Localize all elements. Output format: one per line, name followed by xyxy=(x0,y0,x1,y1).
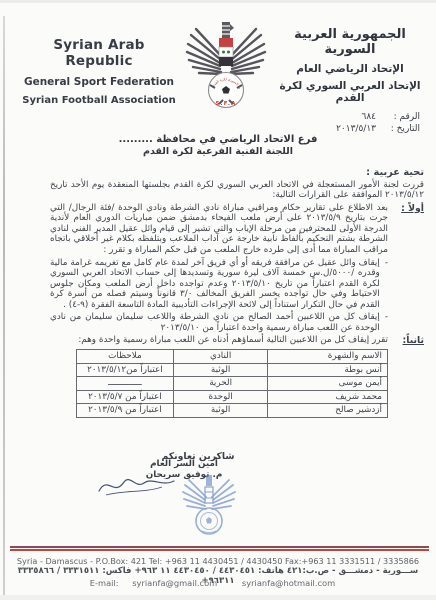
country-name-en: Syrian Arab Republic xyxy=(18,37,180,69)
scanned-letter-page: Syrian Arab Republic General Sport Feder… xyxy=(0,0,436,600)
greeting: تحية عربية : xyxy=(50,167,424,179)
player-note: اعتباراً من ٢٠١٣/٥/٩ xyxy=(77,404,174,418)
section-second: ثانياً: تقرر إيقاف كل من اللاعبين التالي… xyxy=(50,335,424,417)
suspended-players-table: الاسم والشهرة النادي ملاحظات أنس بوطة ال… xyxy=(76,349,388,418)
footer-rule-bottom xyxy=(10,549,429,551)
federation-blue-stamp-icon xyxy=(180,473,238,543)
intro-paragraph: قررت لجنة الأمور المستعجلة في الاتحاد ال… xyxy=(50,180,424,201)
player-club: الوثبة xyxy=(173,404,268,418)
table-header-row: الاسم والشهرة النادي ملاحظات xyxy=(77,349,388,363)
handwritten-signature-icon xyxy=(96,473,178,503)
player-name: أزدشير صالح xyxy=(268,404,388,418)
table-row: أنس بوطة الوثبة اعتباراً من٢٠١٣/٥/١٢ xyxy=(77,363,388,377)
player-club: الوثبة xyxy=(173,363,268,377)
section-second-label: ثانياً: xyxy=(395,335,424,417)
signer-title: أمين السر العام xyxy=(130,459,238,469)
table-row: أزدشير صالح الوثبة اعتباراً من ٢٠١٣/٥/٩ xyxy=(77,404,388,418)
section-second-text: تقرر إيقاف كل من اللاعبين التالية أسماؤه… xyxy=(50,335,388,346)
reference-block: الرقم : ٦٨٤ التاريخ : ٢٠١٣/٥/١٣ xyxy=(318,112,420,136)
col-header-name: الاسم والشهرة xyxy=(268,349,388,363)
federation-name-en: General Sport Federation xyxy=(18,76,180,88)
country-name-ar: الجمهورية العربية السورية xyxy=(269,27,431,57)
letterhead-arabic: الجمهورية العربية السورية الإتحاد الرياض… xyxy=(269,27,431,104)
federation-name-ar: الإتحاد الرياضي العام xyxy=(269,63,431,75)
scan-edge-bottom xyxy=(0,595,436,600)
association-name-en: Syrian Football Association xyxy=(18,95,180,106)
section-first-label: أولاً : xyxy=(395,203,424,334)
email-address-2: syrianfa@hotmail.com xyxy=(242,578,335,588)
player-name: أيمن موسى xyxy=(268,377,388,391)
ref-number-label: الرقم : xyxy=(386,112,420,122)
ref-date-value: ٢٠١٣/٥/١٣ xyxy=(336,124,376,134)
email-address-1: syrianfa@gmail.com xyxy=(132,578,217,588)
player-note: ـــــــــــــ xyxy=(77,377,174,391)
table-row: محمد شريف الوحدة اعتباراً من ٢٠١٣/٥/٧ xyxy=(77,390,388,404)
footer-contact-en: Syria - Damascus - P.O.Box: 421 Tel: +96… xyxy=(0,556,436,566)
col-header-club: النادي xyxy=(173,349,268,363)
letter-body: تحية عربية : قررت لجنة الأمور المستعجلة … xyxy=(50,167,424,418)
bullet-dash: - xyxy=(385,312,388,333)
player-club: الحرية xyxy=(173,377,268,391)
recipient-block: فرع الاتحاد الرياضي في محافظة ......... … xyxy=(0,134,436,157)
recipient-line2: اللجنة الفنية الفرعية لكرة القدم xyxy=(0,146,436,157)
player-note: اعتباراً من٢٠١٣/٥/١٢ xyxy=(77,363,174,377)
decision-bullet-1: - إيقاف وائل عقيل عن مرافقة فريقه أو أي … xyxy=(50,258,388,311)
letterhead-english: Syrian Arab Republic General Sport Feder… xyxy=(18,37,180,106)
player-name: أنس بوطة xyxy=(268,363,388,377)
scan-edge-left xyxy=(3,16,5,600)
bullet-dash: - xyxy=(385,258,388,311)
footer-email-line: E-mail: syrianfa@gmail.com syrianfa@hotm… xyxy=(0,578,436,588)
scan-edge-top xyxy=(0,0,436,3)
decision-bullet-2: - إيقاف كل من اللاعبين أحمد الصالح من نا… xyxy=(50,312,388,333)
ref-date-label: التاريخ : xyxy=(386,124,420,134)
email-label: E-mail: xyxy=(90,578,119,588)
footer-rule-top xyxy=(10,546,429,548)
ref-number-value: ٦٨٤ xyxy=(361,112,376,122)
col-header-notes: ملاحظات xyxy=(77,349,174,363)
section-first-text: بعد الاطلاع على تقارير حكام ومراقبي مبار… xyxy=(50,203,388,256)
recipient-line1: فرع الاتحاد الرياضي في محافظة ......... xyxy=(0,134,436,145)
table-row: أيمن موسى الحرية ـــــــــــــ xyxy=(77,377,388,391)
player-club: الوحدة xyxy=(173,390,268,404)
section-first: أولاً : بعد الاطلاع على تقارير حكام ومرا… xyxy=(50,203,424,334)
decision-bullet-1-text: إيقاف وائل عقيل عن مرافقة فريقه أو أي فر… xyxy=(50,258,380,311)
emblem-ball-label: S.F.A xyxy=(215,101,236,107)
decision-bullet-2-text: إيقاف كل من اللاعبين أحمد الصالح من نادي… xyxy=(50,312,380,333)
player-note: اعتباراً من ٢٠١٣/٥/٧ xyxy=(77,390,174,404)
federation-eagle-emblem-icon: الاتحاد العربي السوري لكرة القدم S.F.A xyxy=(183,19,269,115)
association-name-ar: الإتحاد العربي السوري لكرة القدم xyxy=(269,80,431,104)
player-name: محمد شريف xyxy=(268,390,388,404)
